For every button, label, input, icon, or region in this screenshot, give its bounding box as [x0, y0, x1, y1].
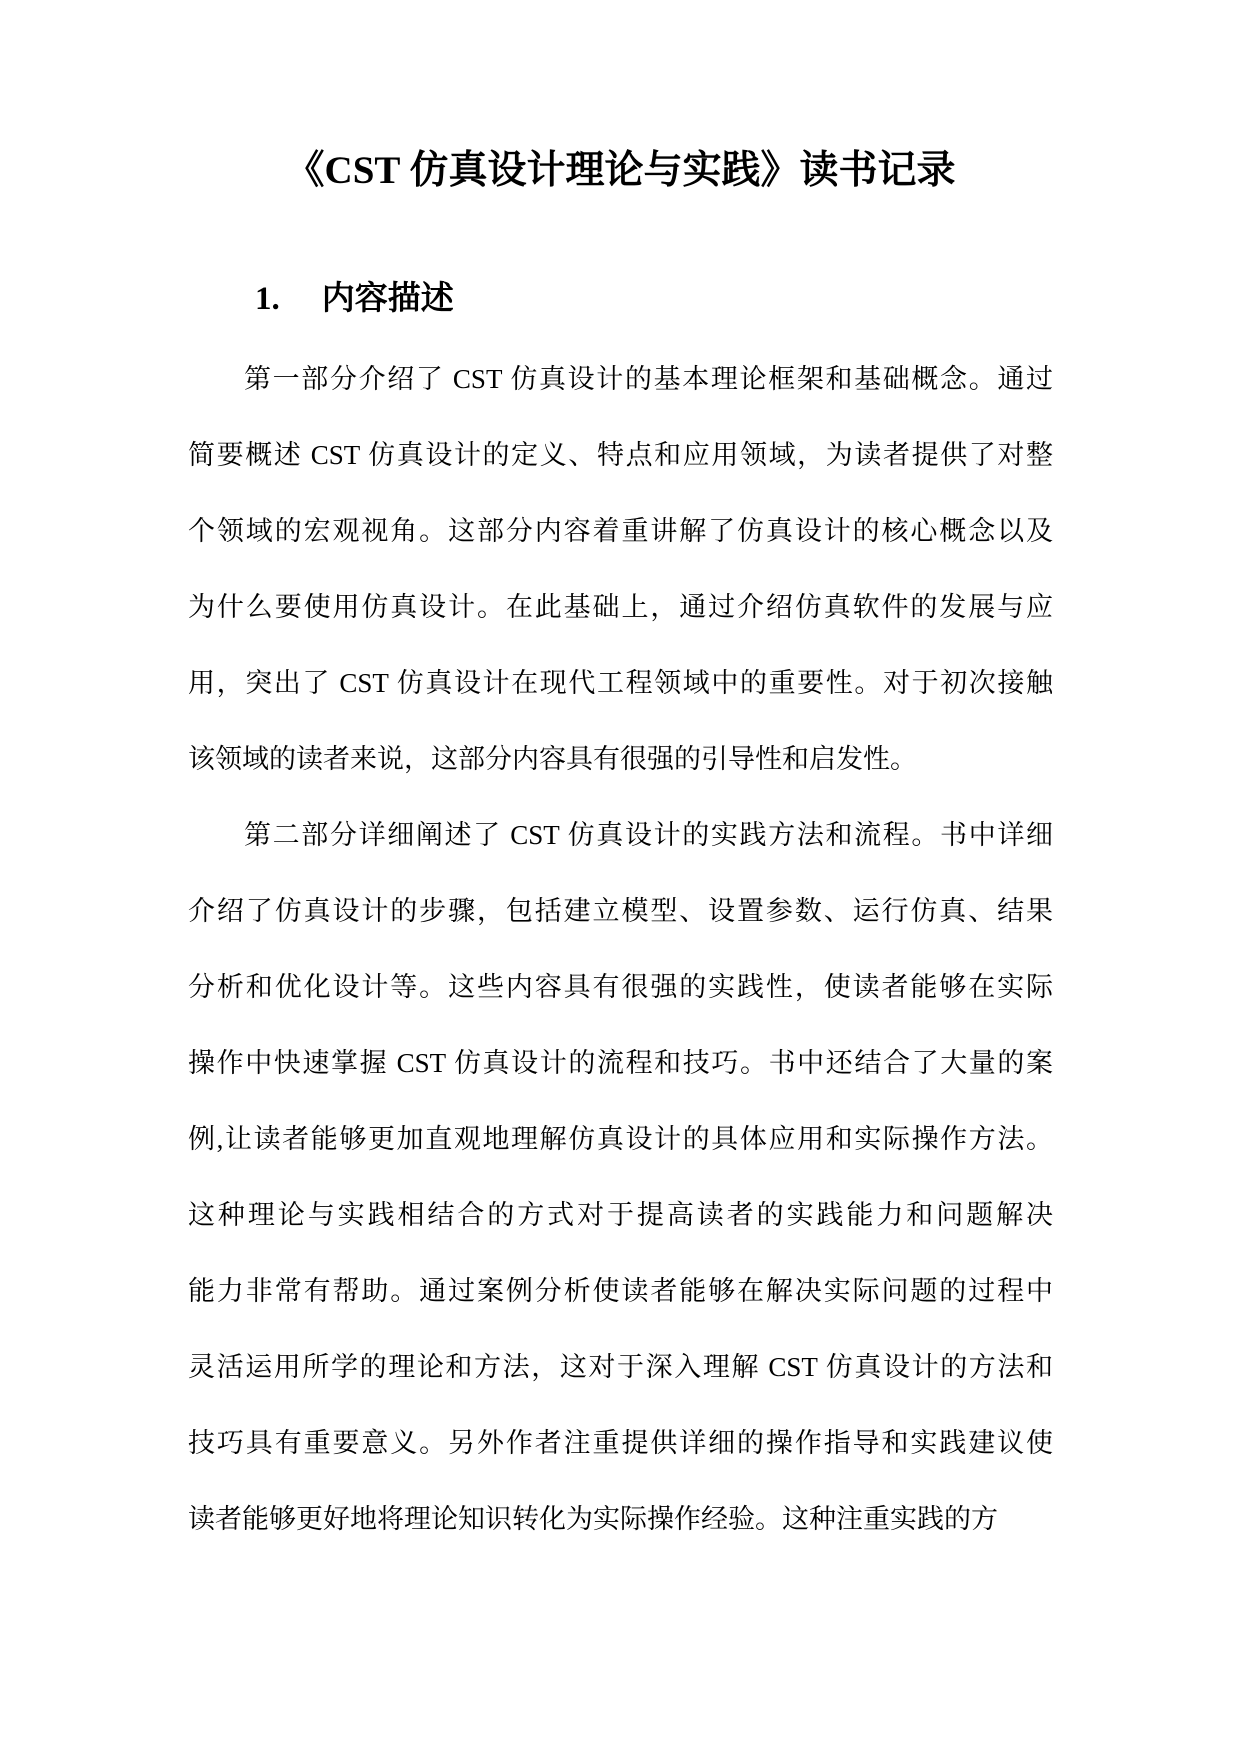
paragraph: 第一部分介绍了 CST 仿真设计的基本理论框架和基础概念。通过简要概述 CST …	[188, 341, 1053, 797]
paragraph: 第二部分详细阐述了 CST 仿真设计的实践方法和流程。书中详细介绍了仿真设计的步…	[188, 797, 1053, 1557]
text-line: 该领域的读者来说，这部分内容具有很强的引导性和启发性。	[188, 721, 1053, 797]
text-line: 例,让读者能够更加直观地理解仿真设计的具体应用和实际操作方法。	[188, 1101, 1053, 1177]
page-content: 《CST 仿真设计理论与实践》读书记录 1.内容描述 第一部分介绍了 CST 仿…	[0, 149, 1241, 1557]
text-line: 简要概述 CST 仿真设计的定义、特点和应用领域，为读者提供了对整	[188, 417, 1053, 493]
section-heading-number: 1.	[255, 279, 280, 319]
section-heading: 1.内容描述	[255, 279, 1053, 319]
page-title: 《CST 仿真设计理论与实践》读书记录	[188, 149, 1053, 193]
text-line: 灵活运用所学的理论和方法，这对于深入理解 CST 仿真设计的方法和	[188, 1329, 1053, 1405]
text-line: 为什么要使用仿真设计。在此基础上，通过介绍仿真软件的发展与应	[188, 569, 1053, 645]
body-text: 第一部分介绍了 CST 仿真设计的基本理论框架和基础概念。通过简要概述 CST …	[188, 341, 1053, 1557]
text-line: 读者能够更好地将理论知识转化为实际操作经验。这种注重实践的方	[188, 1481, 1053, 1557]
text-line: 个领域的宏观视角。这部分内容着重讲解了仿真设计的核心概念以及	[188, 493, 1053, 569]
text-line: 介绍了仿真设计的步骤，包括建立模型、设置参数、运行仿真、结果	[188, 873, 1053, 949]
section-heading-label: 内容描述	[322, 281, 454, 317]
text-line: 能力非常有帮助。通过案例分析使读者能够在解决实际问题的过程中	[188, 1253, 1053, 1329]
text-line: 用，突出了 CST 仿真设计在现代工程领域中的重要性。对于初次接触	[188, 645, 1053, 721]
text-line: 技巧具有重要意义。另外作者注重提供详细的操作指导和实践建议使	[188, 1405, 1053, 1481]
text-line: 第二部分详细阐述了 CST 仿真设计的实践方法和流程。书中详细	[188, 797, 1053, 873]
text-line: 操作中快速掌握 CST 仿真设计的流程和技巧。书中还结合了大量的案	[188, 1025, 1053, 1101]
text-line: 分析和优化设计等。这些内容具有很强的实践性，使读者能够在实际	[188, 949, 1053, 1025]
document-page: 《CST 仿真设计理论与实践》读书记录 1.内容描述 第一部分介绍了 CST 仿…	[0, 0, 1241, 1754]
text-line: 这种理论与实践相结合的方式对于提高读者的实践能力和问题解决	[188, 1177, 1053, 1253]
text-line: 第一部分介绍了 CST 仿真设计的基本理论框架和基础概念。通过	[188, 341, 1053, 417]
